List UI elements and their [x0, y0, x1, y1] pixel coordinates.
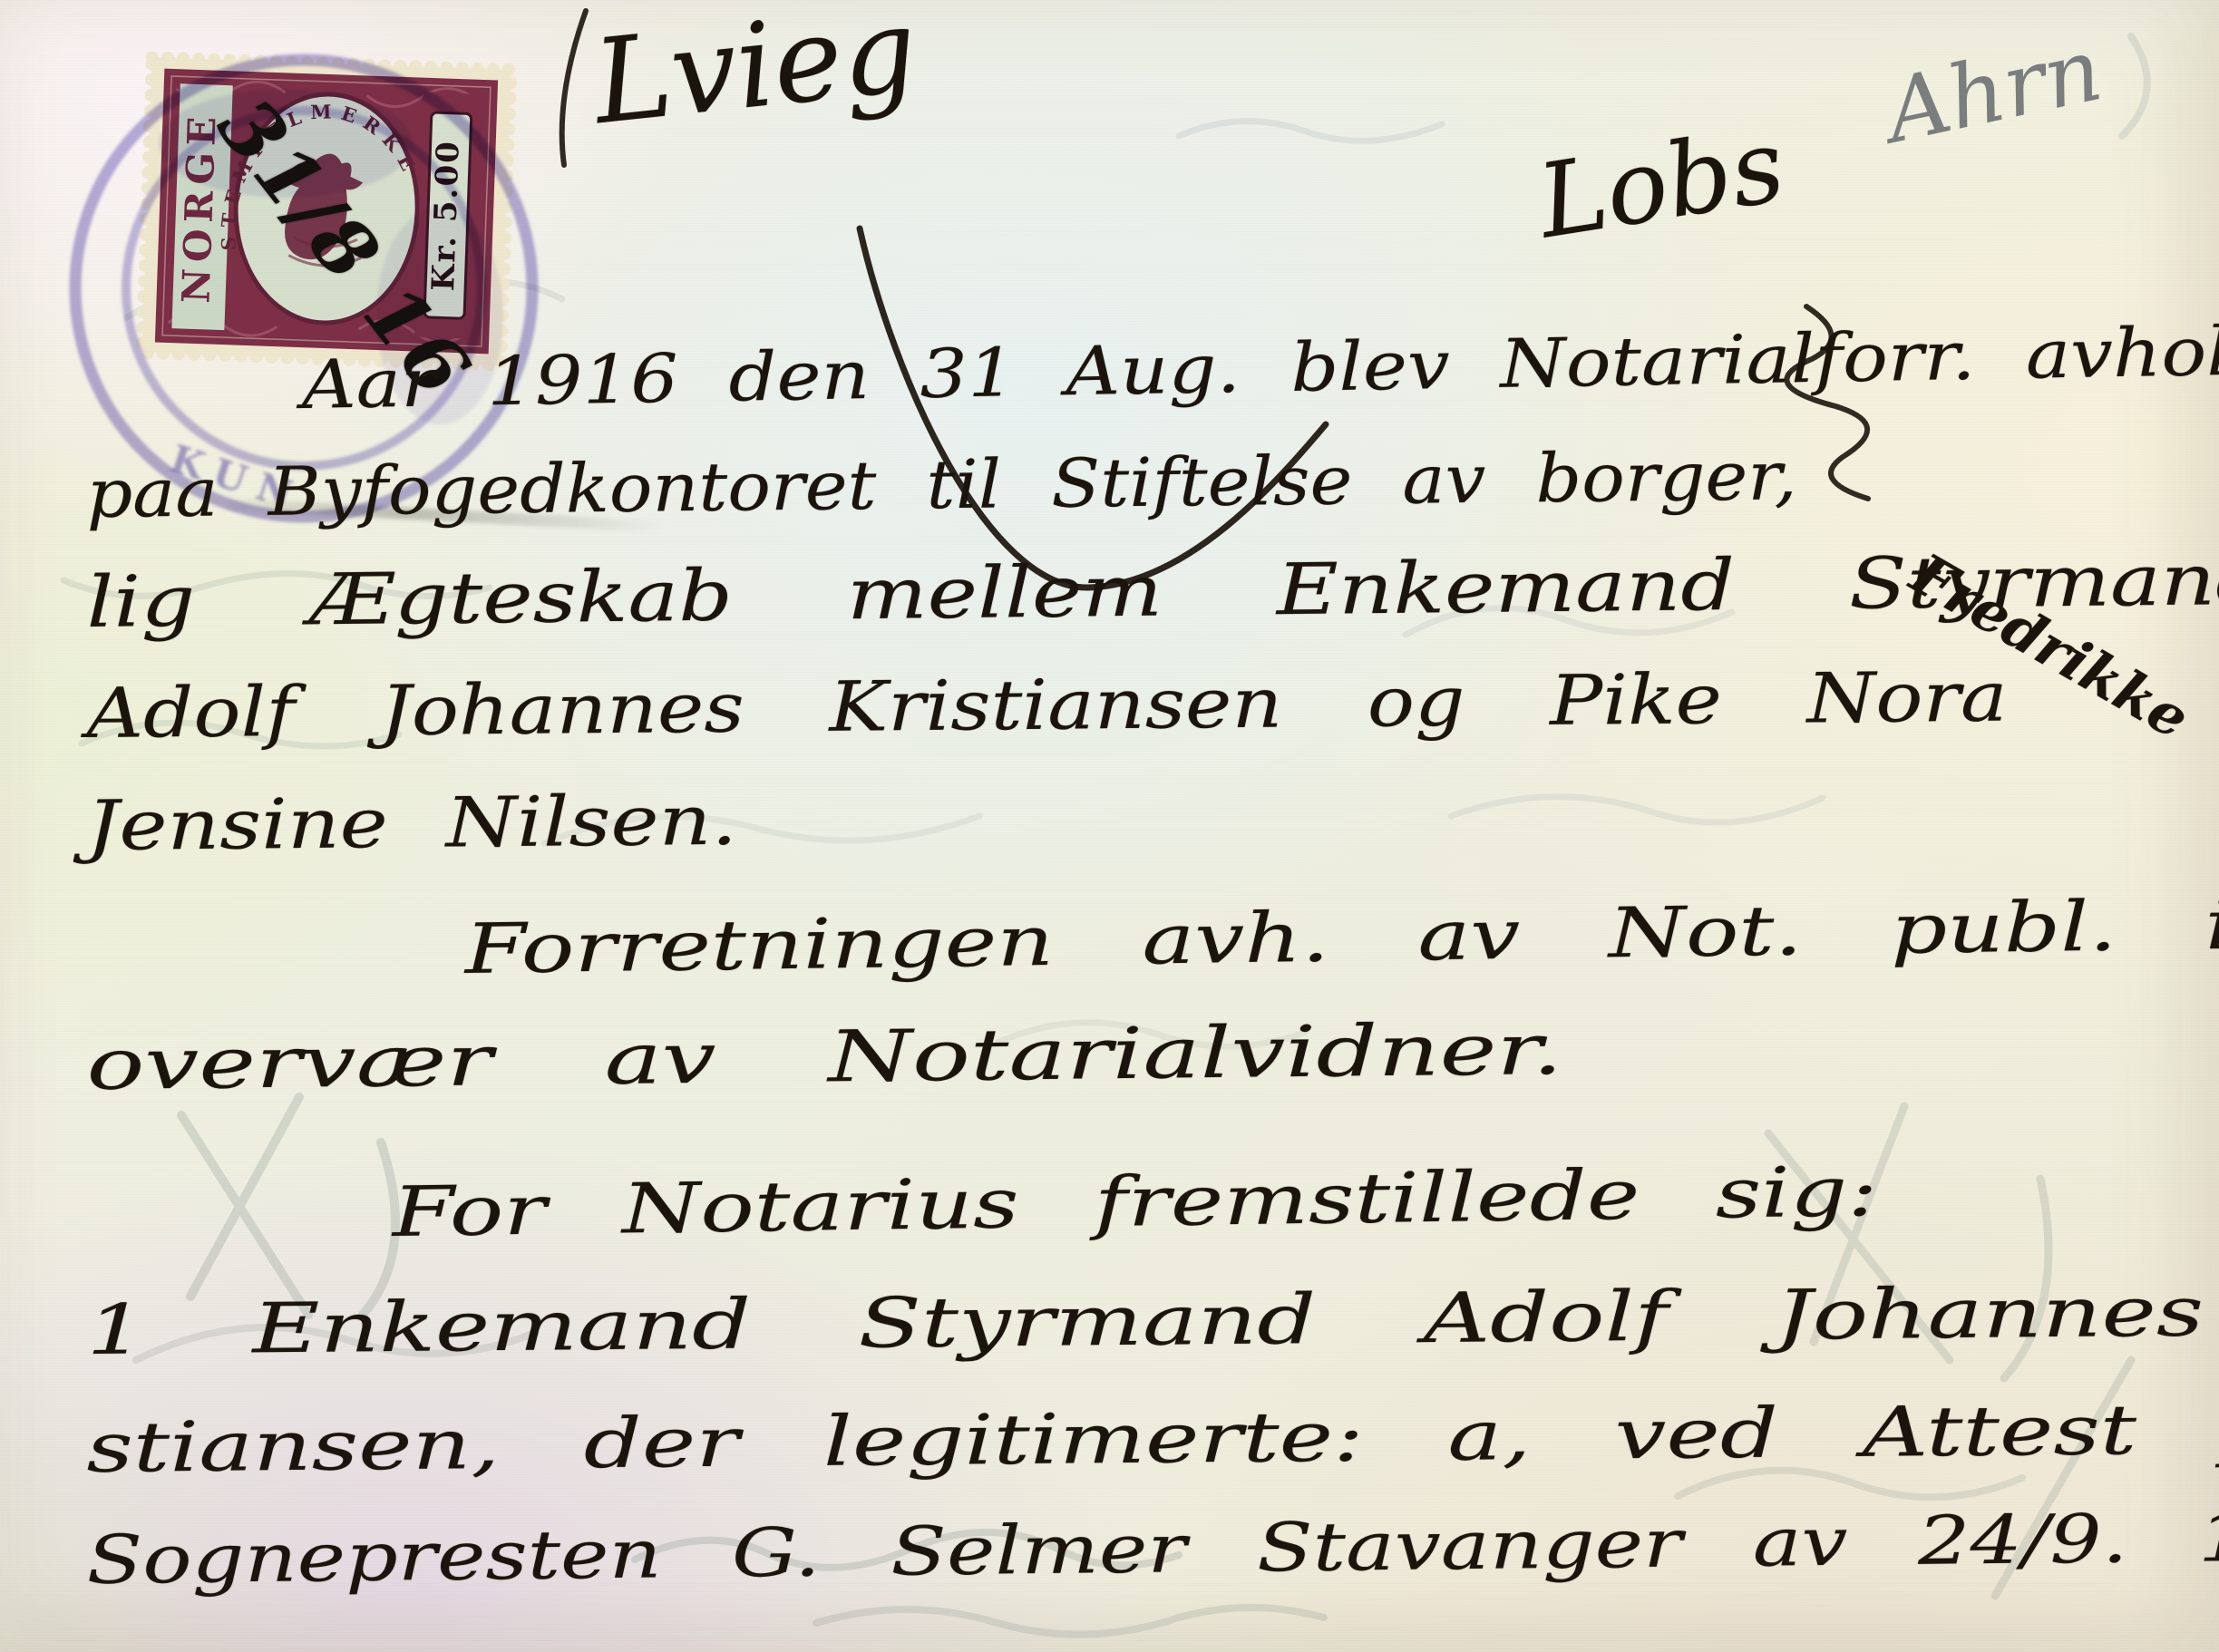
body-line: overvær av Notarialvidner. [86, 1009, 1563, 1106]
body-line: Adolf Johannes Kristiansen og Pike Nora [86, 656, 2008, 753]
body-line: Jensine Nilsen. [86, 780, 737, 866]
paper: Lvieg Lobs Ahrn NORGE STEMPELMERKE Kr. 5… [0, 0, 2219, 1652]
flourish-stroke [562, 11, 586, 165]
